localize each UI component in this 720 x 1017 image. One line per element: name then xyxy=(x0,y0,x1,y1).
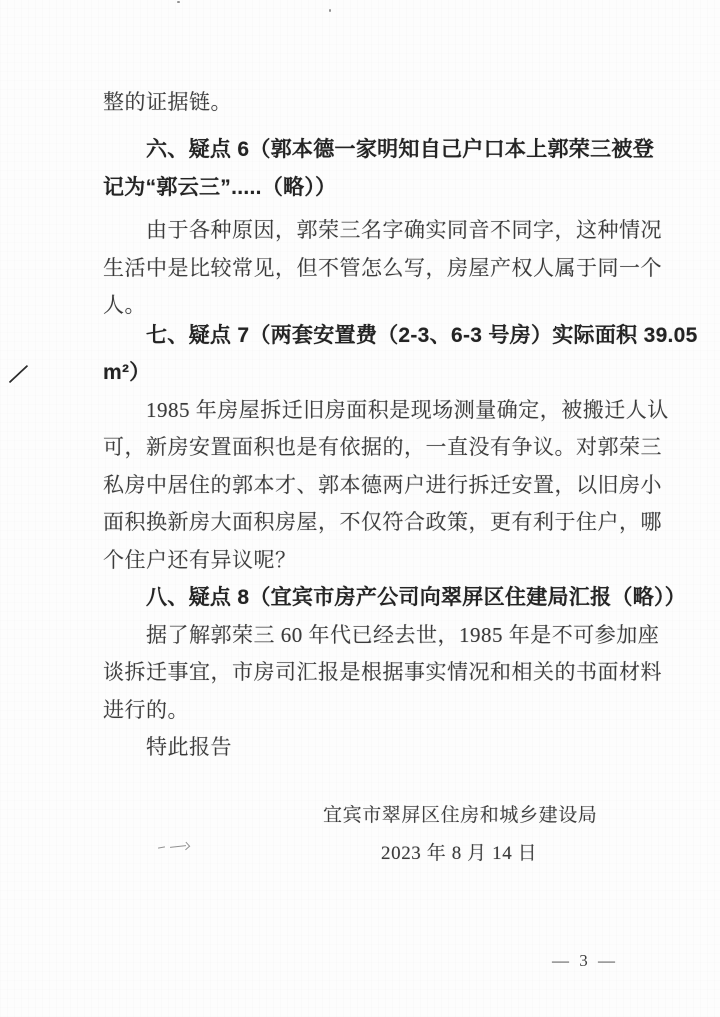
scanned-document-page: 整的证据链。 六、疑点 6（郭本德一家明知自己户口本上郭荣三被登 记为“郭云三”… xyxy=(0,0,720,1017)
page-number: — 3 — xyxy=(552,951,618,971)
scribble-arrowhead-icon xyxy=(182,842,190,850)
pen-arrow-scribble xyxy=(158,841,194,853)
section7-body-line3: 私房中居住的郭本才、郭本德两户进行拆迁安置，以旧房小 xyxy=(103,474,662,497)
section6-heading-line1: 六、疑点 6（郭本德一家明知自己户口本上郭荣三被登 xyxy=(146,138,654,161)
scan-speck xyxy=(329,9,331,12)
section6-body-line3: 人。 xyxy=(103,294,146,317)
section6-body-line2: 生活中是比较常见，但不管怎么写，房屋产权人属于同一个 xyxy=(103,257,662,280)
pen-slash-mark xyxy=(9,365,29,384)
section7-body-line4: 面积换新房大面积房屋，不仅符合政策，更有利于住户，哪 xyxy=(103,511,662,534)
section7-heading-line2: m²） xyxy=(103,361,151,384)
section6-heading-line2: 记为“郭云三”.....（略）） xyxy=(103,176,336,199)
section8-body-line2: 谈拆迁事宜，市房司汇报是根据事实情况和相关的书面材料 xyxy=(103,661,662,684)
section7-heading-line1: 七、疑点 7（两套安置费（2-3、6-3 号房）实际面积 39.05 xyxy=(146,324,698,347)
section8-heading-line1: 八、疑点 8（宜宾市房产公司向翠屏区住建局汇报（略）） xyxy=(146,586,686,609)
signature-organization: 宜宾市翠屏区住房和城乡建设局 xyxy=(323,806,597,827)
section7-body-line2: 可，新房安置面积也是有依据的，一直没有争议。对郭荣三 xyxy=(103,436,662,459)
section7-body-line5: 个住户还有异议呢？ xyxy=(103,549,297,572)
section6-body-line1: 由于各种原因，郭荣三名字确实同音不同字，这种情况 xyxy=(146,219,662,242)
section8-body-line1: 据了解郭荣三 60 年代已经去世，1985 年是不可参加座 xyxy=(146,624,659,647)
section8-body-line3: 进行的。 xyxy=(103,699,189,722)
scribble-dash-icon xyxy=(158,846,165,848)
signature-date: 2023 年 8 月 14 日 xyxy=(381,844,537,865)
scan-speck xyxy=(177,1,180,3)
section7-body-line1: 1985 年房屋拆迁旧房面积是现场测量确定，被搬迁人认 xyxy=(146,399,669,422)
closing-line: 特此报告 xyxy=(146,736,232,759)
continuation-line: 整的证据链。 xyxy=(103,91,232,114)
